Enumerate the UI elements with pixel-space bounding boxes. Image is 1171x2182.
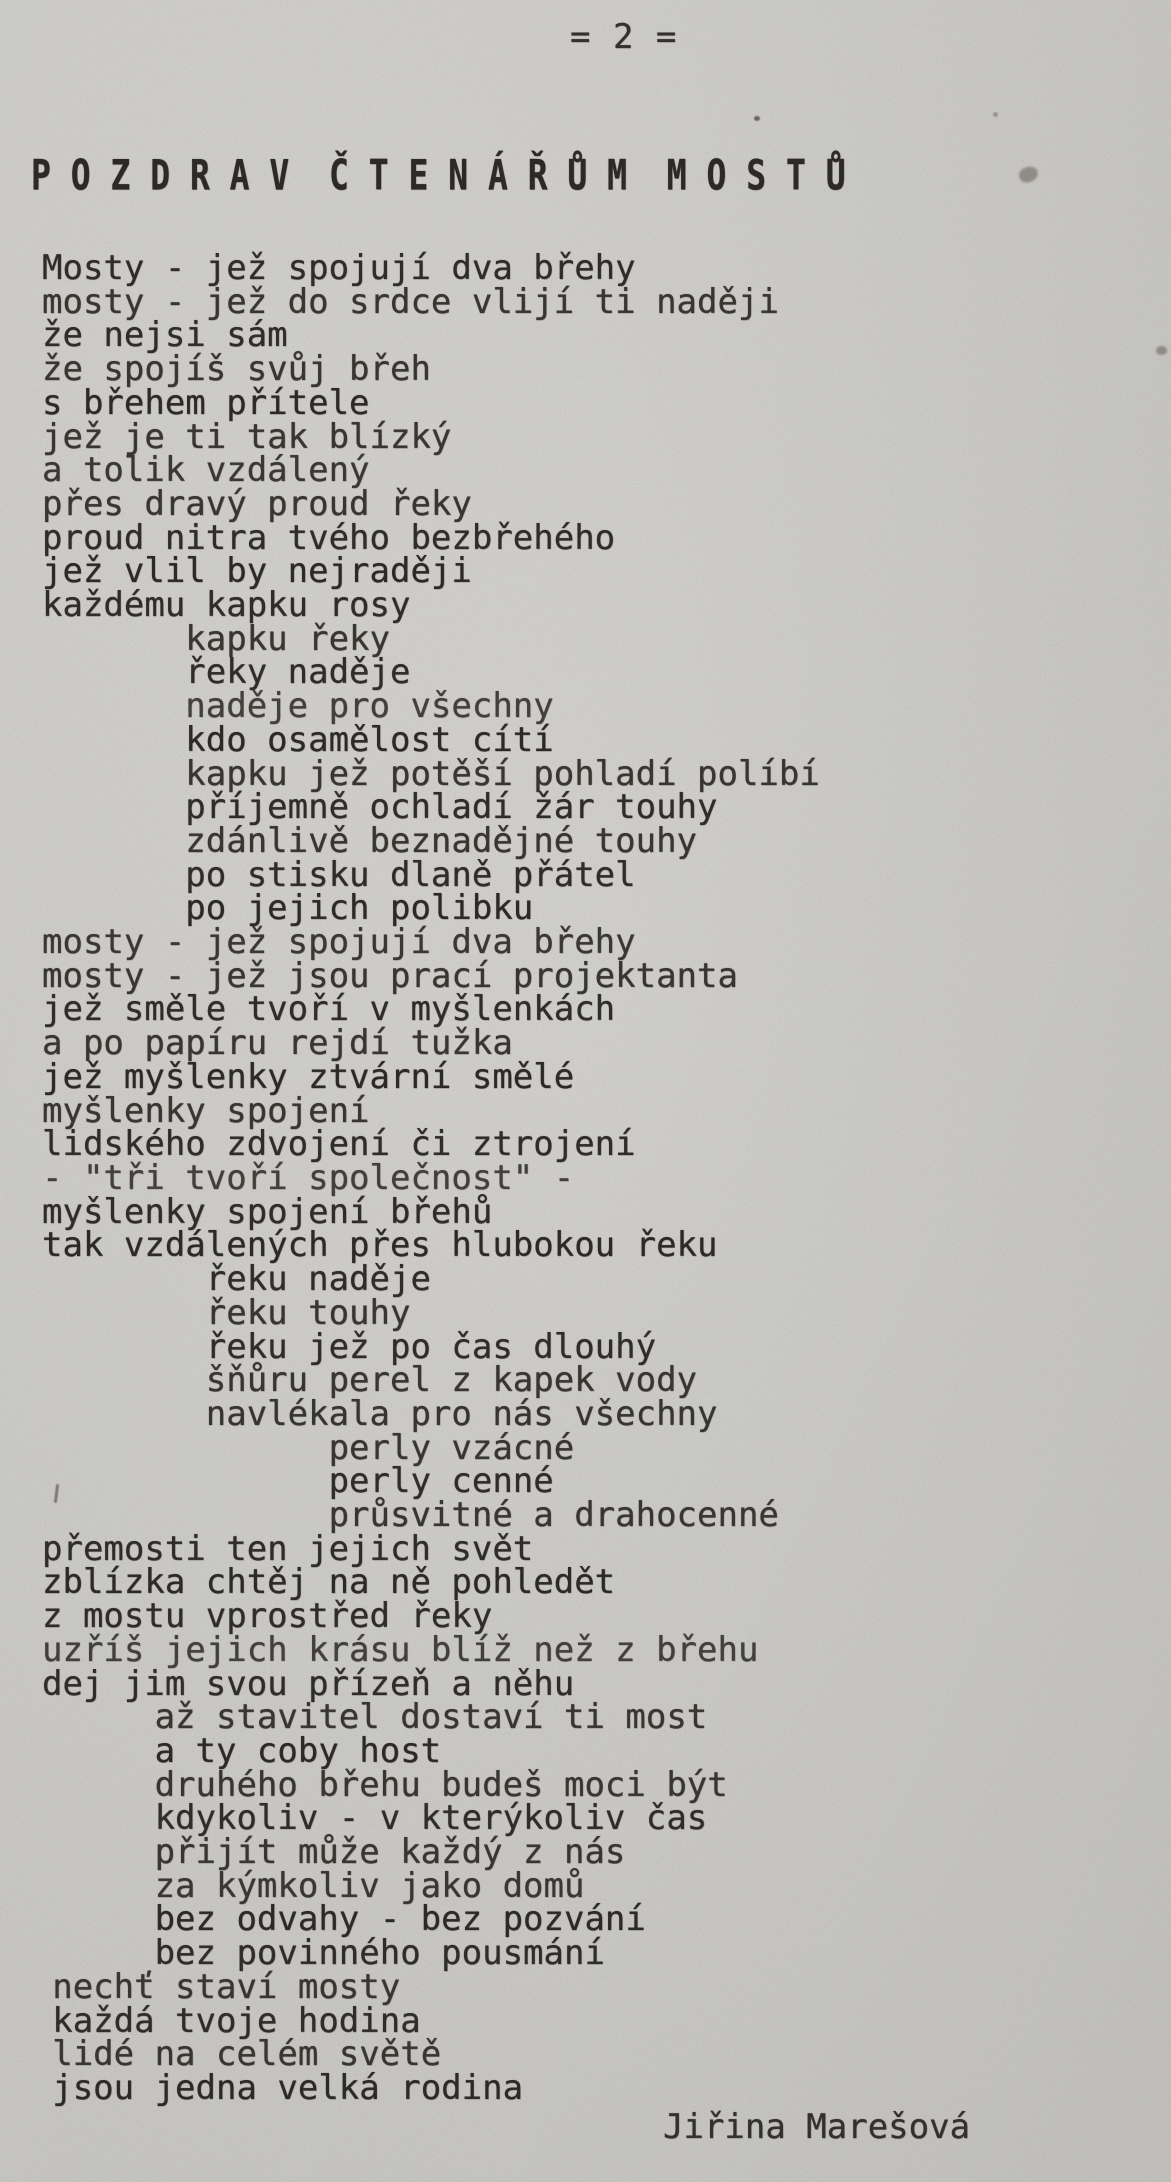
- poem-line: perly vzácné: [42, 1432, 1122, 1466]
- poem-line: myšlenky spojení: [42, 1095, 1122, 1129]
- ink-speck: [993, 112, 998, 117]
- poem-line: přes dravý proud řeky: [42, 488, 1122, 522]
- ink-speck: [1156, 346, 1167, 355]
- poem-line: bez odvahy - bez pozvání: [42, 1903, 1122, 1937]
- poem-line: jež směle tvoří v myšlenkách: [42, 993, 1122, 1027]
- poem-line: řeku touhy: [42, 1297, 1122, 1331]
- poem-line: každému kapku rosy: [42, 589, 1122, 623]
- ink-speck: [754, 116, 760, 121]
- poem-line: z mostu vprostřed řeky: [42, 1600, 1122, 1634]
- poem-line: kdo osamělost cítí: [42, 724, 1122, 758]
- poem-line: a tolik vzdálený: [42, 454, 1122, 488]
- poem-line: zdánlivě beznadějné touhy: [42, 825, 1122, 859]
- poem-line: bez povinného pousmání: [42, 1937, 1122, 1971]
- poem: Mosty - jež spojují dva břehymosty - jež…: [42, 252, 1122, 2106]
- poem-line: šňůru perel z kapek vody: [42, 1364, 1122, 1398]
- poem-line: mosty - jež spojují dva břehy: [42, 926, 1122, 960]
- poem-line: přemosti ten jejich svět: [42, 1533, 1122, 1567]
- poem-line: kdykoliv - v kterýkoliv čas: [42, 1802, 1122, 1836]
- poem-line: že spojíš svůj břeh: [42, 353, 1122, 387]
- poem-line: jež je ti tak blízký: [42, 421, 1122, 455]
- poem-line: mosty - jež do srdce vlijí ti naději: [42, 286, 1122, 320]
- poem-line: navlékala pro nás všechny: [42, 1398, 1122, 1432]
- page-title: P O Z D R A V Č T E N Á Ř Ů M M O S T Ů: [31, 150, 846, 201]
- poem-line: Mosty - jež spojují dva břehy: [42, 252, 1122, 286]
- poem-line: každá tvoje hodina: [42, 2005, 1122, 2039]
- poem-line: řeku naděje: [42, 1263, 1122, 1297]
- poem-line: přijít může každý z nás: [42, 1836, 1122, 1870]
- poem-line: druhého břehu budeš moci být: [42, 1769, 1122, 1803]
- poem-line: nechť staví mosty: [42, 1971, 1122, 2005]
- poem-line: tak vzdálených přes hlubokou řeku: [42, 1229, 1122, 1263]
- poem-line: za kýmkoliv jako domů: [42, 1870, 1122, 1904]
- poem-line: lidského zdvojení či ztrojení: [42, 1128, 1122, 1162]
- poem-line: uzříš jejich krásu blíž než z břehu: [42, 1634, 1122, 1668]
- poem-line: řeky naděje: [42, 656, 1122, 690]
- author-signature: Jiřina Marešová: [663, 2110, 970, 2144]
- poem-line: zblízka chtěj na ně pohledět: [42, 1566, 1122, 1600]
- poem-line: jež myšlenky ztvární smělé: [42, 1061, 1122, 1095]
- poem-line: lidé na celém světě: [42, 2038, 1122, 2072]
- ink-smudge: [1017, 164, 1041, 186]
- poem-line: proud nitra tvého bezbřehého: [42, 522, 1122, 556]
- poem-line: mosty - jež jsou prací projektanta: [42, 960, 1122, 994]
- poem-line: jsou jedna velká rodina: [42, 2072, 1122, 2106]
- poem-line: příjemně ochladí žár touhy: [42, 791, 1122, 825]
- poem-line: naděje pro všechny: [42, 690, 1122, 724]
- scanned-typewritten-page: = 2 = P O Z D R A V Č T E N Á Ř Ů M M O …: [0, 0, 1171, 2182]
- poem-line: perly cenné: [42, 1465, 1122, 1499]
- poem-line: a po papíru rejdí tužka: [42, 1027, 1122, 1061]
- poem-line: průsvitné a drahocenné: [42, 1499, 1122, 1533]
- page-number: = 2 =: [570, 20, 677, 54]
- poem-line: - "tři tvoří společnost" -: [42, 1162, 1122, 1196]
- poem-line: kapku jež potěší pohladí políbí: [42, 758, 1122, 792]
- poem-line: jež vlil by nejraději: [42, 555, 1122, 589]
- poem-line: dej jim svou přízeň a něhu: [42, 1668, 1122, 1702]
- poem-line: a ty coby host: [42, 1735, 1122, 1769]
- poem-line: myšlenky spojení břehů: [42, 1196, 1122, 1230]
- poem-line: až stavitel dostaví ti most: [42, 1701, 1122, 1735]
- poem-line: kapku řeky: [42, 623, 1122, 657]
- poem-line: po stisku dlaně přátel: [42, 859, 1122, 893]
- poem-line: po jejich polibku: [42, 892, 1122, 926]
- poem-line: s břehem přítele: [42, 387, 1122, 421]
